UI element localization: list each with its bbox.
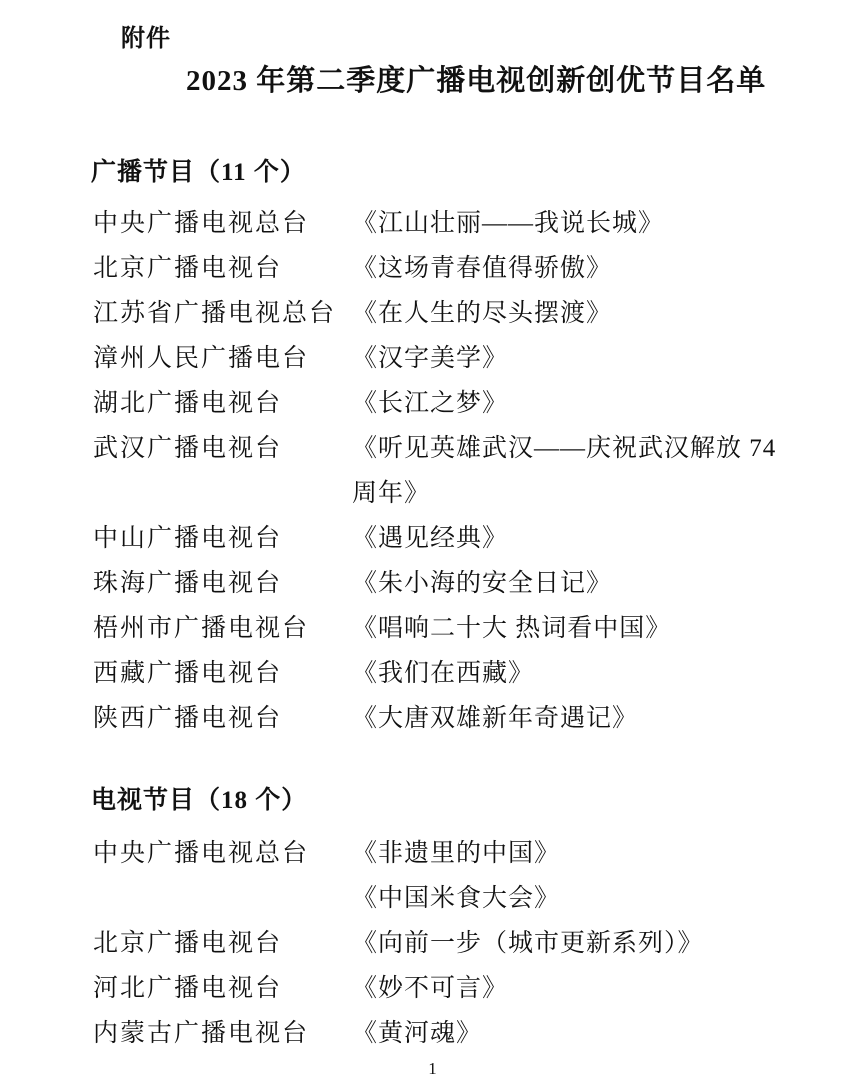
broadcaster-name: 北京广播电视台 <box>93 248 352 284</box>
program-row: 湖北广播电视台《长江之梦》 <box>93 378 783 423</box>
broadcaster-name: 陕西广播电视台 <box>93 698 352 734</box>
program-title: 《听见英雄武汉——庆祝武汉解放 74 <box>352 428 783 464</box>
tv-program-list: 中央广播电视总台《非遗里的中国》《中国米食大会》北京广播电视台《向前一步（城市更… <box>93 828 783 1053</box>
program-row: 梧州市广播电视台《唱响二十大 热词看中国》 <box>93 603 783 648</box>
program-row: 陕西广播电视台《大唐双雄新年奇遇记》 <box>93 693 783 738</box>
program-row: 漳州人民广播电台《汉字美学》 <box>93 333 783 378</box>
broadcaster-name: 西藏广播电视台 <box>93 653 352 689</box>
program-row: 武汉广播电视台《听见英雄武汉——庆祝武汉解放 74 <box>93 423 783 468</box>
radio-program-list: 中央广播电视总台《江山壮丽——我说长城》北京广播电视台《这场青春值得骄傲》江苏省… <box>93 198 783 738</box>
broadcaster-name: 河北广播电视台 <box>93 968 352 1004</box>
broadcaster-name: 中山广播电视台 <box>93 518 352 554</box>
program-row: 周年》 <box>93 468 783 513</box>
section-heading-radio: 广播节目（11 个） <box>91 158 306 188</box>
program-row: 内蒙古广播电视台《黄河魂》 <box>93 1008 783 1053</box>
program-row: 中山广播电视台《遇见经典》 <box>93 513 783 558</box>
program-title: 《向前一步（城市更新系列）》 <box>352 923 783 959</box>
program-row: 珠海广播电视台《朱小海的安全日记》 <box>93 558 783 603</box>
program-row: 江苏省广播电视总台《在人生的尽头摆渡》 <box>93 288 783 333</box>
page-title: 2023 年第二季度广播电视创新创优节目名单 <box>186 62 766 100</box>
program-row: 中央广播电视总台《江山壮丽——我说长城》 <box>93 198 783 243</box>
broadcaster-name: 内蒙古广播电视台 <box>93 1013 352 1049</box>
document-page: 附件 2023 年第二季度广播电视创新创优节目名单 广播节目（11 个） 中央广… <box>0 0 865 1089</box>
program-title: 《我们在西藏》 <box>352 653 783 689</box>
page-number: 1 <box>0 1058 865 1080</box>
program-row: 北京广播电视台《向前一步（城市更新系列）》 <box>93 918 783 963</box>
program-title: 《黄河魂》 <box>352 1013 783 1049</box>
program-title: 《大唐双雄新年奇遇记》 <box>352 698 783 734</box>
program-title: 《中国米食大会》 <box>352 878 783 914</box>
program-title: 《非遗里的中国》 <box>352 833 783 869</box>
broadcaster-name: 漳州人民广播电台 <box>93 338 352 374</box>
program-title: 《唱响二十大 热词看中国》 <box>352 608 783 644</box>
attachment-label: 附件 <box>121 24 171 54</box>
program-row: 北京广播电视台《这场青春值得骄傲》 <box>93 243 783 288</box>
broadcaster-name: 中央广播电视总台 <box>93 203 352 239</box>
program-title: 《朱小海的安全日记》 <box>352 563 783 599</box>
program-title: 《这场青春值得骄傲》 <box>352 248 783 284</box>
program-row: 西藏广播电视台《我们在西藏》 <box>93 648 783 693</box>
broadcaster-name: 北京广播电视台 <box>93 923 352 959</box>
broadcaster-name: 江苏省广播电视总台 <box>93 293 352 329</box>
program-title: 《在人生的尽头摆渡》 <box>352 293 783 329</box>
broadcaster-name: 珠海广播电视台 <box>93 563 352 599</box>
broadcaster-name: 梧州市广播电视台 <box>93 608 352 644</box>
program-row: 中央广播电视总台《非遗里的中国》 <box>93 828 783 873</box>
broadcaster-name: 湖北广播电视台 <box>93 383 352 419</box>
program-title: 《长江之梦》 <box>352 383 783 419</box>
program-title: 《汉字美学》 <box>352 338 783 374</box>
section-heading-tv: 电视节目（18 个） <box>91 786 307 816</box>
program-title: 《遇见经典》 <box>352 518 783 554</box>
broadcaster-name: 武汉广播电视台 <box>93 428 352 464</box>
program-title: 《江山壮丽——我说长城》 <box>352 203 783 239</box>
broadcaster-name: 中央广播电视总台 <box>93 833 352 869</box>
program-title: 《妙不可言》 <box>352 968 783 1004</box>
program-title: 周年》 <box>352 473 783 509</box>
program-row: 《中国米食大会》 <box>93 873 783 918</box>
program-row: 河北广播电视台《妙不可言》 <box>93 963 783 1008</box>
